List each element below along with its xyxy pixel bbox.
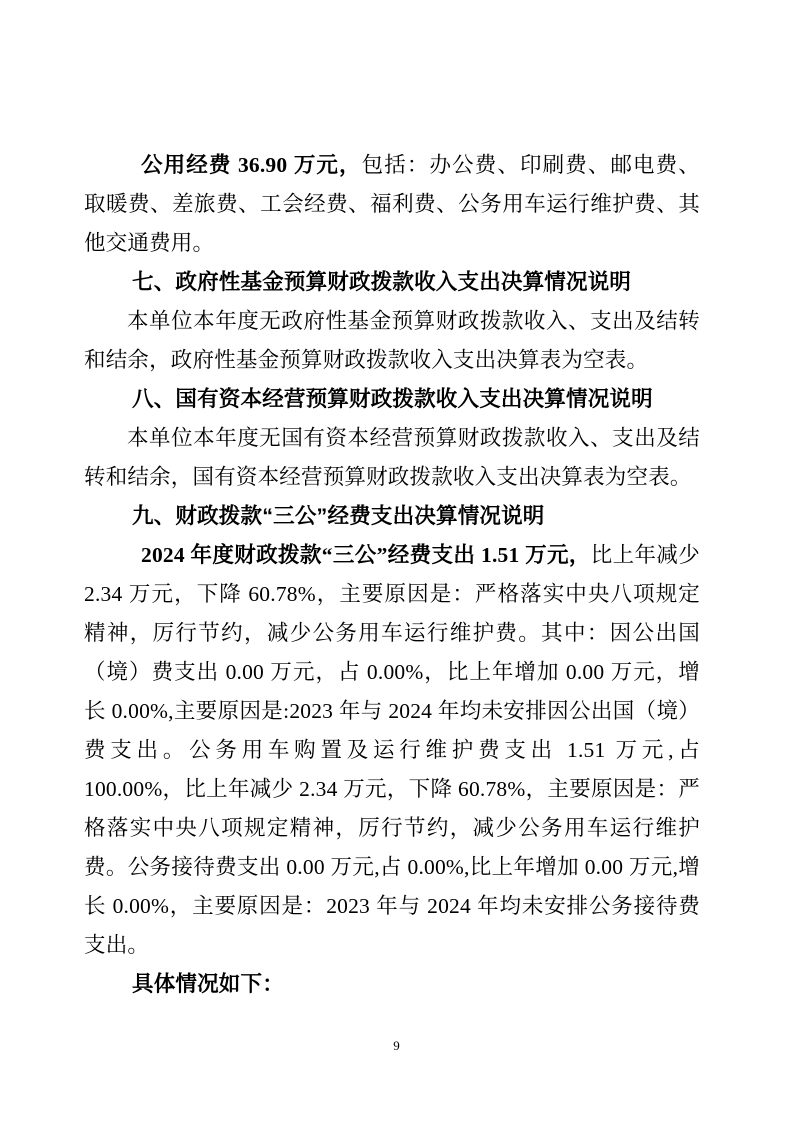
- paragraph-no-gov-fund: 本单位本年度无政府性基金预算财政拨款收入、支出及结转和结余，政府性基金预算财政拨…: [84, 302, 700, 380]
- no-state-capital-text: 本单位本年度无国有资本经营预算财政拨款收入、支出及结转和结余，国有资本经营预算财…: [84, 426, 700, 489]
- public-funds-bold-lead: 公用经费 36.90 万元，: [141, 153, 362, 177]
- line-details-follow: 具体情况如下：: [84, 965, 700, 1004]
- page-number: 9: [0, 1038, 793, 1054]
- document-body: 公用经费 36.90 万元，包括：办公费、印刷费、邮电费、取暖费、差旅费、工会经…: [84, 146, 700, 1004]
- paragraph-no-state-capital: 本单位本年度无国有资本经营预算财政拨款收入、支出及结转和结余，国有资本经营预算财…: [84, 419, 700, 497]
- heading-section-nine: 九、财政拨款“三公”经费支出决算情况说明: [84, 497, 700, 536]
- heading-section-seven: 七、政府性基金预算财政拨款收入支出决算情况说明: [84, 263, 700, 302]
- paragraph-public-funds: 公用经费 36.90 万元，包括：办公费、印刷费、邮电费、取暖费、差旅费、工会经…: [84, 146, 700, 263]
- heading-section-eight: 八、国有资本经营预算财政拨款收入支出决算情况说明: [84, 380, 700, 419]
- no-gov-fund-text: 本单位本年度无政府性基金预算财政拨款收入、支出及结转和结余，政府性基金预算财政拨…: [84, 309, 700, 372]
- paragraph-three-public-detail: 2024 年度财政拨款“三公”经费支出 1.51 万元，比上年减少 2.34 万…: [84, 536, 700, 965]
- document-page: 公用经费 36.90 万元，包括：办公费、印刷费、邮电费、取暖费、差旅费、工会经…: [0, 0, 793, 1122]
- three-public-text: 比上年减少 2.34 万元，下降 60.78%，主要原因是：严格落实中央八项规定…: [84, 543, 700, 957]
- three-public-bold-lead: 2024 年度财政拨款“三公”经费支出 1.51 万元，: [141, 543, 591, 567]
